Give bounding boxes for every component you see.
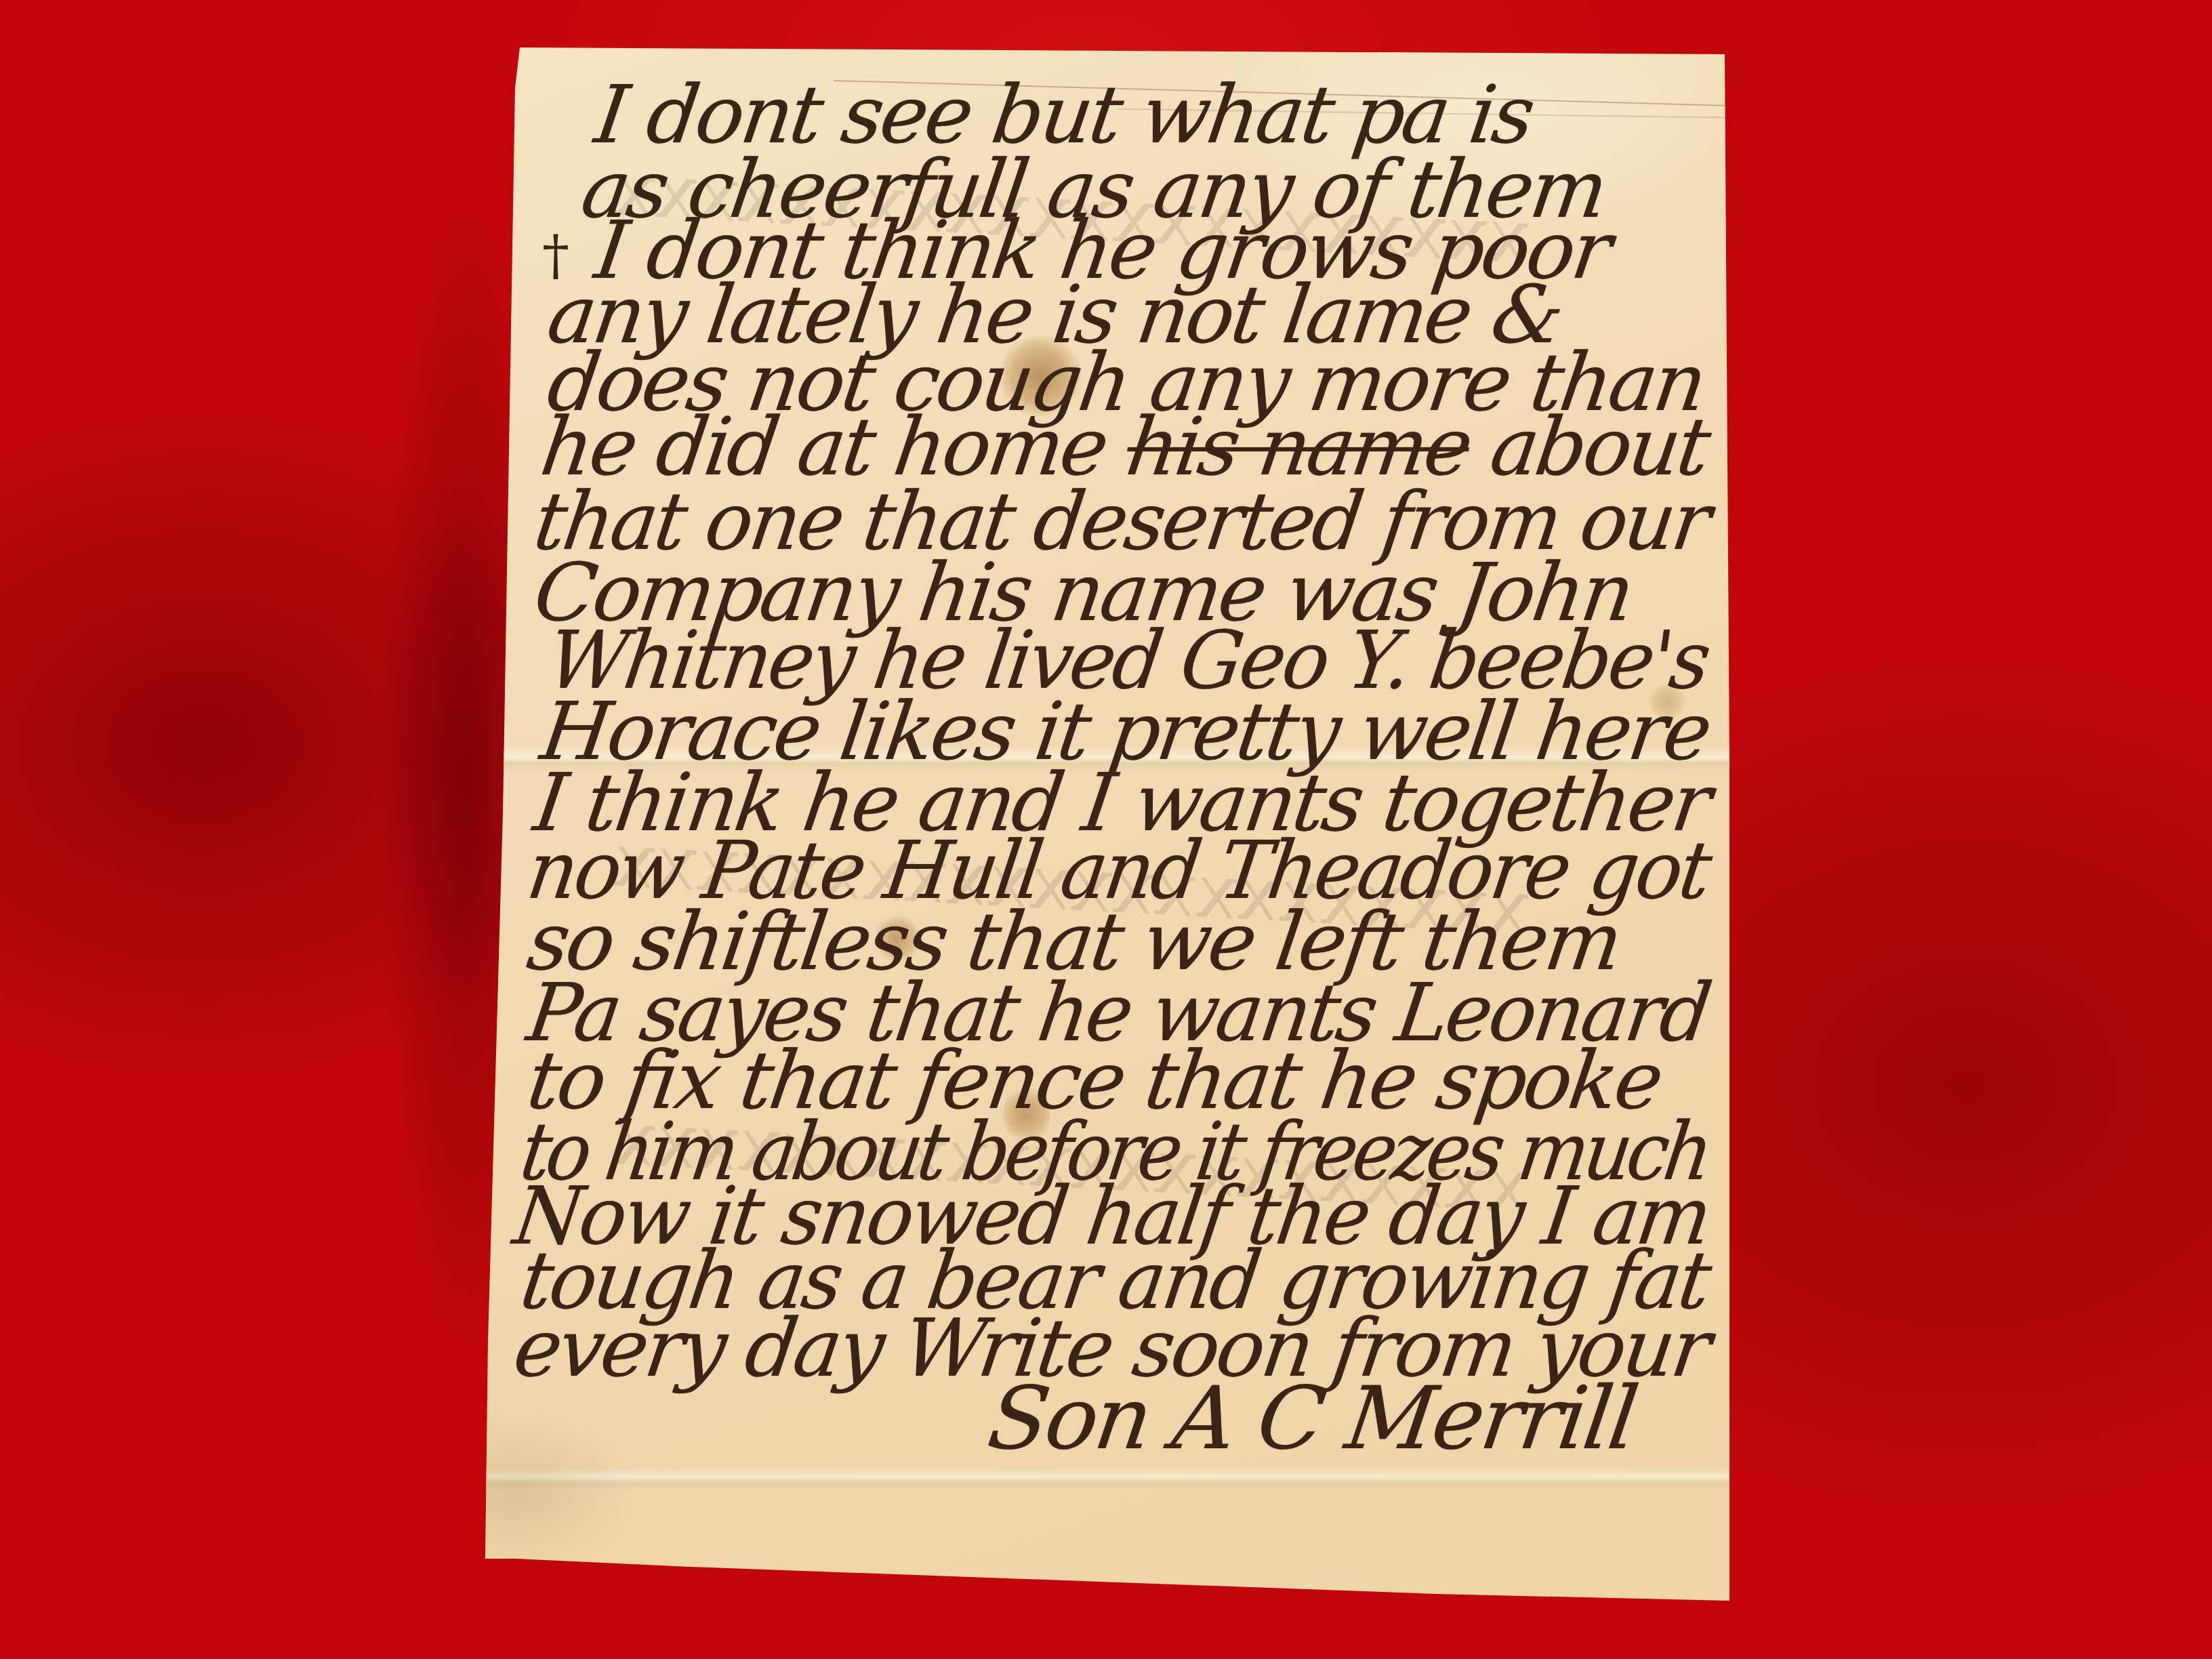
letter-signature: Son A C Merrill: [983, 1376, 1641, 1462]
letter-body: xxxxxxxxxxxxxxxxxxxxxx xxxxxxxxxxxxxxxxx…: [0, 0, 2212, 1659]
